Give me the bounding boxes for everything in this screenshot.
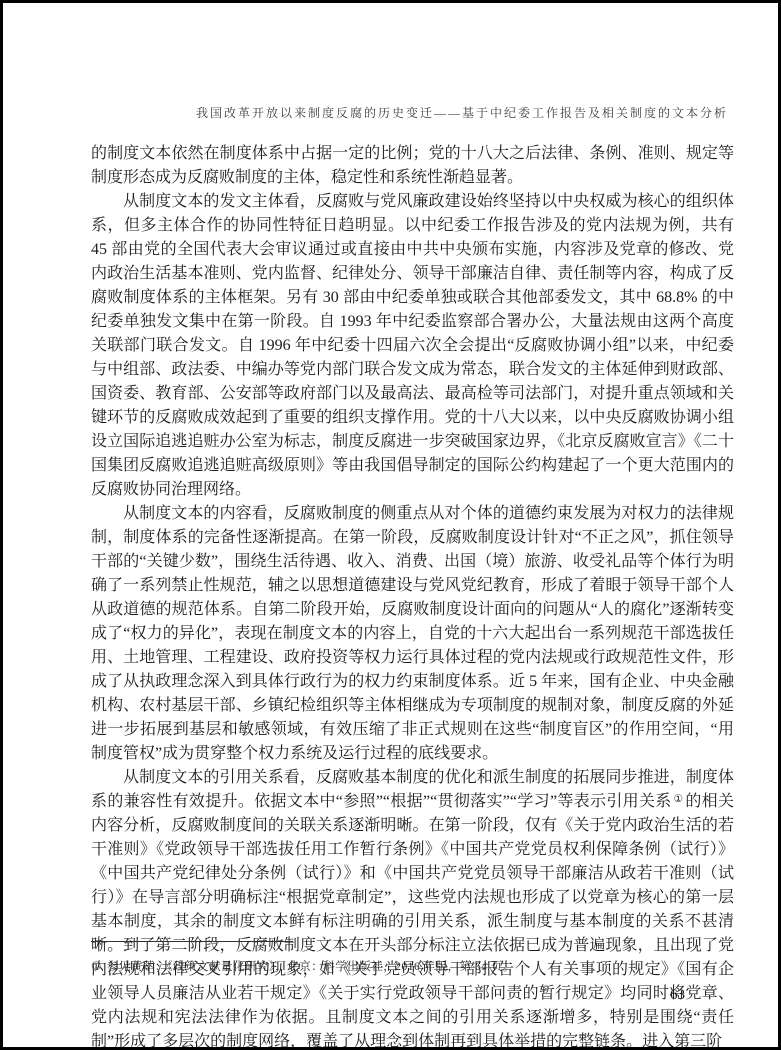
running-header: 我国改革开放以来制度反腐的历史变迁——基于中纪委工作报告及相关制度的文本分析 [196,105,728,121]
footnote-ref-mark: ① [672,794,686,805]
paper-page: 我国改革开放以来制度反腐的历史变迁——基于中纪委工作报告及相关制度的文本分析 的… [0,0,781,1050]
body-text: 的制度文本依然在制度体系中占据一定的比例；党的十八大之后法律、条例、准则、规定等… [91,142,734,1050]
footnote-marker: ① [91,961,102,973]
footnote: ①参见黄萃：《政策文献量化研究》，北京：科学出版社，2016 年版，第 64 页… [91,959,671,975]
footnote-separator [91,941,293,942]
page-number: 63 [670,987,685,1004]
paragraph-continuation: 的制度文本依然在制度体系中占据一定的比例；党的十八大之后法律、条例、准则、规定等… [91,142,734,190]
paragraph-text-after-ref: 的相关内容分析，反腐败制度间的关联关系逐渐明晰。在第一阶段，仅有《关于党内政治生… [91,793,734,1050]
paragraph-content-focus: 从制度文本的内容看，反腐败制度的侧重点从对个体的道德约束发展为对权力的法律规制，… [91,502,734,766]
paragraph-citation-relations: 从制度文本的引用关系看，反腐败基本制度的优化和派生制度的拓展同步推进，制度体系的… [91,766,734,1050]
paragraph-issuing-bodies: 从制度文本的发文主体看，反腐败与党风廉政建设始终坚持以中央权威为核心的组织体系，… [91,190,734,502]
footnote-text: 参见黄萃：《政策文献量化研究》，北京：科学出版社，2016 年版，第 64 页。 [107,961,515,973]
paragraph-text-before-ref: 从制度文本的引用关系看，反腐败基本制度的优化和派生制度的拓展同步推进，制度体系的… [91,769,734,810]
